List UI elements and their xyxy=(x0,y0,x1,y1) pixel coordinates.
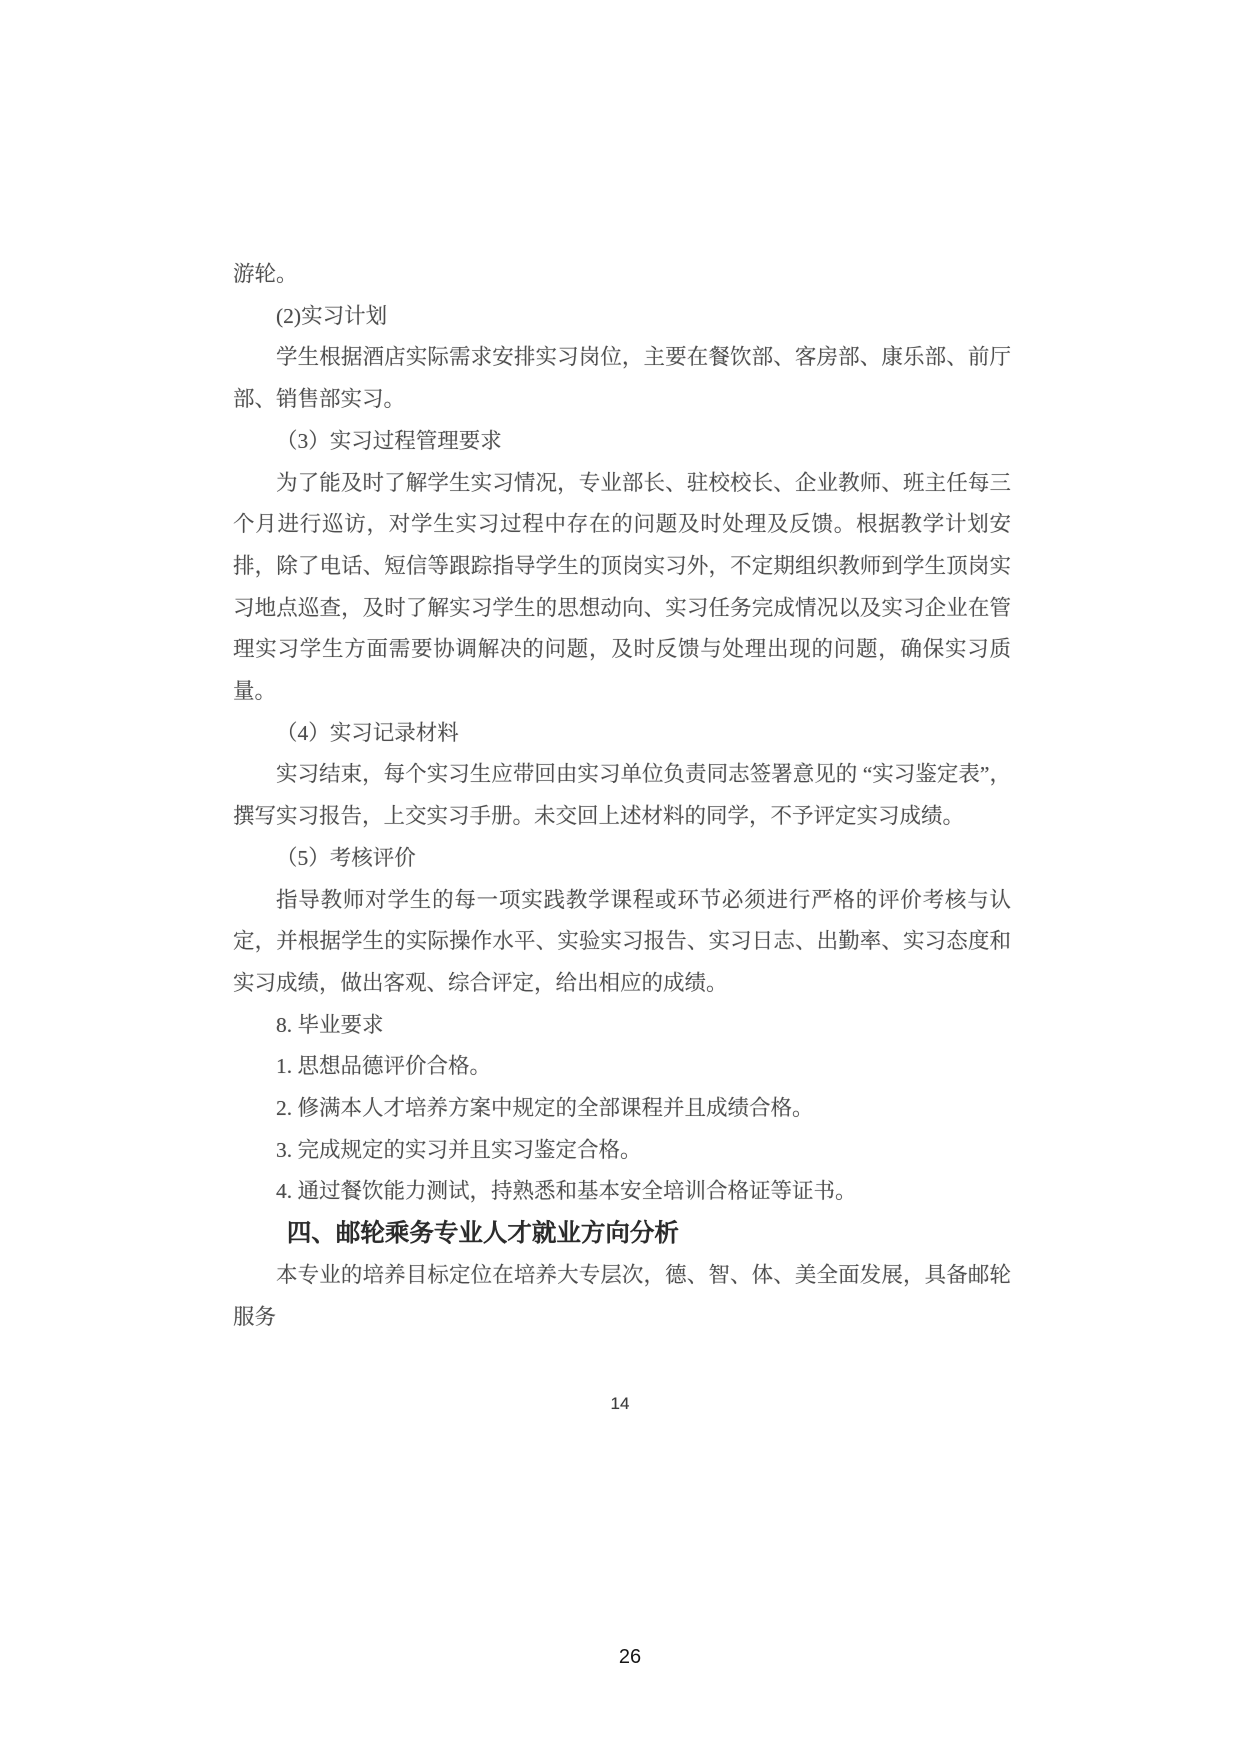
paragraph: （3）实习过程管理要求 xyxy=(233,421,1011,463)
scan-page-number: 14 xyxy=(0,1394,1240,1414)
paragraph: （5）考核评价 xyxy=(233,838,1011,880)
paragraph: 指导教师对学生的每一项实践教学课程或环节必须进行严格的评价考核与认定，并根据学生… xyxy=(233,880,1011,1005)
paragraph: （4）实习记录材料 xyxy=(233,713,1011,755)
document-body: 游轮。(2)实习计划学生根据酒店实际需求安排实习岗位，主要在餐饮部、客房部、康乐… xyxy=(233,254,1011,1338)
paragraph: 学生根据酒店实际需求安排实习岗位，主要在餐饮部、客房部、康乐部、前厅部、销售部实… xyxy=(233,337,1011,420)
paragraph: 为了能及时了解学生实习情况，专业部长、驻校校长、企业教师、班主任每三个月进行巡访… xyxy=(233,463,1011,713)
paragraph: 实习结束，每个实习生应带回由实习单位负责同志签署意见的 “实习鉴定表”，撰写实习… xyxy=(233,754,1011,837)
paragraph: (2)实习计划 xyxy=(233,296,1011,338)
section-heading: 四、邮轮乘务专业人才就业方向分析 xyxy=(233,1213,1011,1255)
paragraph: 8. 毕业要求 xyxy=(233,1005,1011,1047)
document-page: 游轮。(2)实习计划学生根据酒店实际需求安排实习岗位，主要在餐饮部、客房部、康乐… xyxy=(0,0,1240,1754)
paragraph: 本专业的培养目标定位在培养大专层次，德、智、体、美全面发展，具备邮轮服务 xyxy=(233,1255,1011,1338)
paragraph: 4. 通过餐饮能力测试，持熟悉和基本安全培训合格证等证书。 xyxy=(233,1171,1011,1213)
paragraph: 游轮。 xyxy=(233,254,1011,296)
document-page-number: 26 xyxy=(619,1646,641,1669)
paragraph: 1. 思想品德评价合格。 xyxy=(233,1046,1011,1088)
paragraph: 2. 修满本人才培养方案中规定的全部课程并且成绩合格。 xyxy=(233,1088,1011,1130)
paragraph: 3. 完成规定的实习并且实习鉴定合格。 xyxy=(233,1130,1011,1172)
